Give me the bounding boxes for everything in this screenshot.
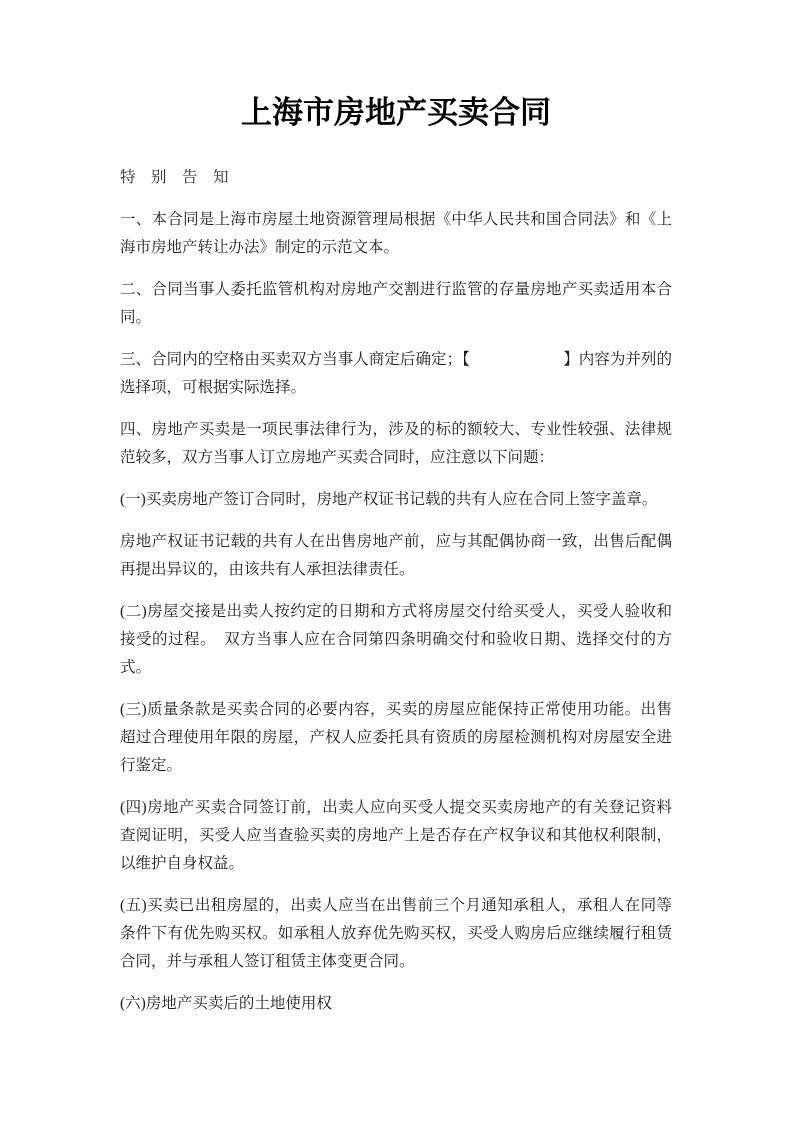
paragraph-clause-2: 二、合同当事人委托监管机构对房地产交割进行监管的存量房地产买卖适用本合同。 [120,276,672,332]
paragraph-subclause-6: (六)房地产买卖后的土地使用权 [120,990,672,1018]
paragraph-subclause-2: (二)房屋交接是出卖人按约定的日期和方式将房屋交付给买受人，买受人验收和接受的过… [120,598,672,682]
paragraph-subclause-5: (五)买卖已出租房屋的，出卖人应当在出售前三个月通知承租人，承租人在同等条件下有… [120,892,672,976]
paragraph-clause-1: 一、本合同是上海市房屋土地资源管理局根据《中华人民共和国合同法》和《上海市房地产… [120,206,672,262]
contract-document-page: 上海市房地产买卖合同 特 别 告 知 一、本合同是上海市房屋土地资源管理局根据《… [0,0,793,1122]
paragraph-subclause-1: (一)买卖房地产签订合同时，房地产权证书记载的共有人应在合同上签字盖章。 [120,486,672,514]
document-title: 上海市房地产买卖合同 [120,95,672,131]
paragraph-subclause-4: (四)房地产买卖合同签订前，出卖人应向买受人提交买卖房地产的有关登记资料查阅证明… [120,794,672,878]
paragraph-subclause-3: (三)质量条款是买卖合同的必要内容，买卖的房屋应能保持正常使用功能。出售超过合理… [120,696,672,780]
paragraph-clause-4: 四、房地产买卖是一项民事法律行为，涉及的标的额较大、专业性较强、法律规范较多，双… [120,416,672,472]
special-notice-heading: 特 别 告 知 [120,164,672,192]
paragraph-subclause-1-note: 房地产权证书记载的共有人在出售房地产前，应与其配偶协商一致，出售后配偶再提出异议… [120,528,672,584]
paragraph-clause-3: 三、合同内的空格由买卖双方当事人商定后确定；【 】内容为并列的选择项，可根据实际… [120,346,672,402]
